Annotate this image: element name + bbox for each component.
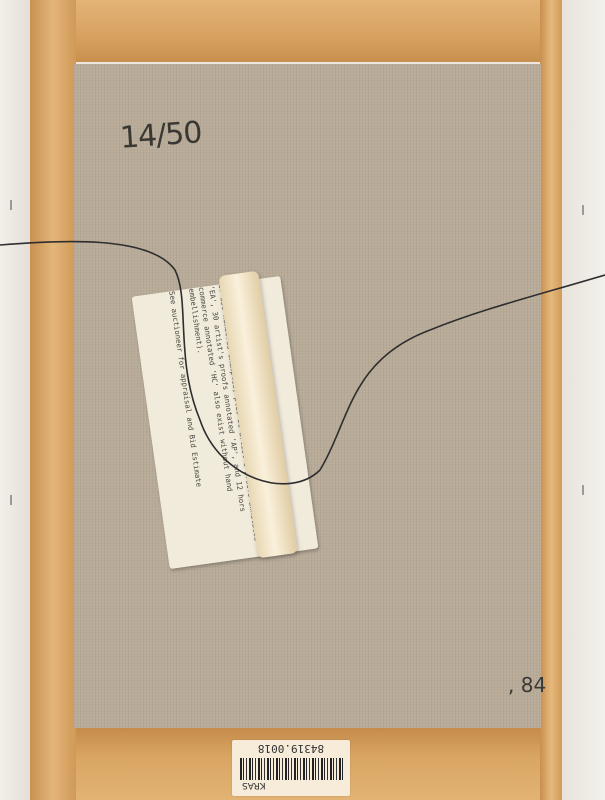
stretcher-bar-top bbox=[30, 0, 560, 62]
staple bbox=[10, 495, 12, 505]
canvas-edge-right bbox=[555, 0, 605, 800]
linen-canvas-back bbox=[74, 64, 541, 728]
corner-inscription: , 84 bbox=[508, 675, 546, 695]
staple bbox=[582, 485, 584, 495]
barcode-code: KRAS bbox=[242, 780, 266, 790]
canvas-edge-left bbox=[0, 0, 32, 800]
staple bbox=[582, 205, 584, 215]
barcode-number: 84319.0018 bbox=[232, 742, 350, 755]
edition-number-inscription: 14/50 bbox=[119, 115, 203, 156]
stretcher-bar-left bbox=[30, 0, 76, 800]
canvas-back-photo: 14/50 , 84 edition of 50 (1) deluxe hand… bbox=[0, 0, 605, 800]
staple bbox=[10, 200, 12, 210]
barcode-sticker: 84319.0018 KRAS bbox=[232, 740, 350, 796]
barcode-icon bbox=[240, 758, 344, 780]
